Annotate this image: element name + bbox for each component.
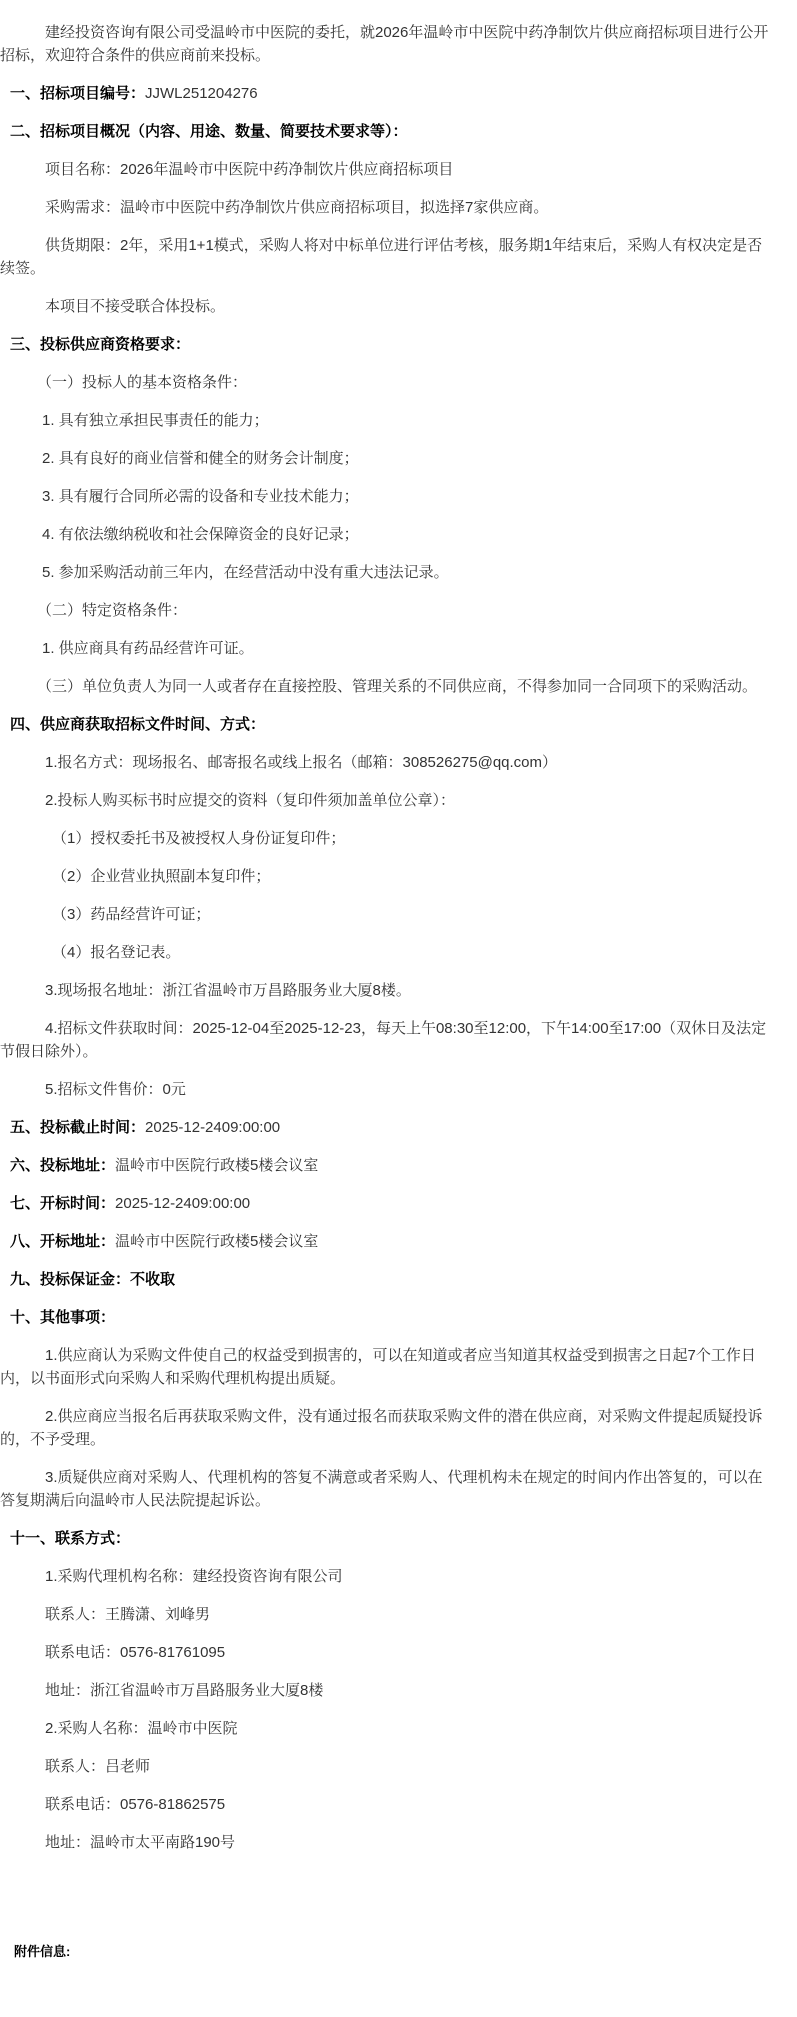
tender-announcement-document: 建经投资咨询有限公司受温岭市中医院的委托，就2026年温岭市中医院中药净制饮片供… [0,0,797,2017]
heading-label: 十一、联系方式： [10,1530,130,1547]
heading-label: 十、其他事项： [10,1309,115,1326]
paragraph-text: 1.报名方式：现场报名、邮寄报名或线上报名（邮箱：308526275@qq.co… [45,754,557,771]
contact-line-agency-phone: 联系电话：0576-81761095 [0,1641,773,1664]
paragraph-text: 地址：温岭市太平南路190号 [45,1834,235,1851]
contact-line-agency-name: 1.采购代理机构名称：建经投资咨询有限公司 [0,1565,773,1588]
sub-heading-basic-conditions: （一）投标人的基本资格条件： [0,371,773,394]
paragraph-text: 2.采购人名称：温岭市中医院 [45,1720,238,1737]
sub-list-item: （3）药品经营许可证； [0,903,773,926]
list-item: 5. 参加采购活动前三年内，在经营活动中没有重大违法记录。 [0,561,773,584]
paragraph-text: 1. 具有独立承担民事责任的能力； [42,412,269,429]
paragraph-text: （1）授权委托书及被授权人身份证复印件； [52,830,345,847]
heading-label: 三、投标供应商资格要求： [10,336,190,353]
heading-label: 九、投标保证金：不收取 [10,1271,175,1288]
list-item-document-price: 5.招标文件售价：0元 [0,1078,773,1101]
paragraph-text: （三）单位负责人为同一人或者存在直接控股、管理关系的不同供应商，不得参加同一合同… [37,678,757,695]
section-heading-opening-time: 七、开标时间：2025-12-2409:00:00 [0,1192,773,1215]
paragraph-text: 1.采购代理机构名称：建经投资咨询有限公司 [45,1568,343,1585]
heading-value: 2025-12-2409:00:00 [145,1119,280,1136]
heading-value: 温岭市中医院行政楼5楼会议室 [115,1233,318,1250]
list-item-obtain-time: 4.招标文件获取时间：2025-12-04至2025-12-23，每天上午08:… [0,1017,773,1063]
contact-line-purchaser-phone: 联系电话：0576-81862575 [0,1793,773,1816]
list-item-lawsuit: 3.质疑供应商对采购人、代理机构的答复不满意或者采购人、代理机构未在规定的时间内… [0,1466,773,1512]
sub-list-item: （1）授权委托书及被授权人身份证复印件； [0,827,773,850]
intro-paragraph: 建经投资咨询有限公司受温岭市中医院的委托，就2026年温岭市中医院中药净制饮片供… [0,21,773,67]
section-heading-document-obtain: 四、供应商获取招标文件时间、方式： [0,713,773,736]
heading-label: 四、供应商获取招标文件时间、方式： [10,716,265,733]
section-heading-bid-deadline: 五、投标截止时间：2025-12-2409:00:00 [0,1116,773,1139]
paragraph-text: （3）药品经营许可证； [52,906,210,923]
paragraph-text: 地址：浙江省温岭市万昌路服务业大厦8楼 [45,1682,323,1699]
contact-line-agency-person: 联系人：王腾潇、刘峰男 [0,1603,773,1626]
list-item-query-rights: 1.供应商认为采购文件使自己的权益受到损害的，可以在知道或者应当知道其权益受到损… [0,1344,773,1390]
heading-value: 温岭市中医院行政楼5楼会议室 [115,1157,318,1174]
heading-label: 六、投标地址： [10,1157,115,1174]
paragraph-text: 1. 供应商具有药品经营许可证。 [42,640,254,657]
heading-label: 七、开标时间： [10,1195,115,1212]
sub-list-item: （2）企业营业执照副本复印件； [0,865,773,888]
sub-heading-specific-conditions: （二）特定资格条件： [0,599,773,622]
paragraph-text: 联系人：吕老师 [45,1758,150,1775]
list-item: 3. 具有履行合同所必需的设备和专业技术能力； [0,485,773,508]
paragraph-text: 5. 参加采购活动前三年内，在经营活动中没有重大违法记录。 [42,564,449,581]
section-heading-project-number: 一、招标项目编号：JJWL251204276 [0,82,773,105]
paragraph-text: （4）报名登记表。 [52,944,180,961]
paragraph-text: 项目名称：2026年温岭市中医院中药净制饮片供应商招标项目 [45,161,453,178]
list-item: 4. 有依法缴纳税收和社会保障资金的良好记录； [0,523,773,546]
section-heading-opening-address: 八、开标地址：温岭市中医院行政楼5楼会议室 [0,1230,773,1253]
paragraph-text: 联系人：王腾潇、刘峰男 [45,1606,210,1623]
paragraph-text: 5.招标文件售价：0元 [45,1081,186,1098]
body-paragraph-project-name: 项目名称：2026年温岭市中医院中药净制饮片供应商招标项目 [0,158,773,181]
attachments-label: 附件信息: [0,1942,773,1962]
paragraph-text: 供货期限：2年，采用1+1模式，采购人将对中标单位进行评估考核，服务期1年结束后… [0,237,762,277]
contact-line-purchaser-address: 地址：温岭市太平南路190号 [0,1831,773,1854]
heading-value: 2025-12-2409:00:00 [115,1195,250,1212]
sub-heading-same-person-rule: （三）单位负责人为同一人或者存在直接控股、管理关系的不同供应商，不得参加同一合同… [0,675,773,698]
body-paragraph-procurement-demand: 采购需求：温岭市中医院中药净制饮片供应商招标项目，拟选择7家供应商。 [0,196,773,219]
paragraph-text: 4.招标文件获取时间：2025-12-04至2025-12-23，每天上午08:… [0,1020,766,1060]
heading-value: JJWL251204276 [145,85,258,102]
list-item-onsite-address: 3.现场报名地址：浙江省温岭市万昌路服务业大厦8楼。 [0,979,773,1002]
paragraph-text: 2.供应商应当报名后再获取采购文件，没有通过报名而获取采购文件的潜在供应商，对采… [0,1408,763,1448]
intro-text: 建经投资咨询有限公司受温岭市中医院的委托，就2026年温岭市中医院中药净制饮片供… [0,24,768,64]
contact-line-purchaser-name: 2.采购人名称：温岭市中医院 [0,1717,773,1740]
paragraph-text: 联系电话：0576-81862575 [45,1796,225,1813]
list-item: 2. 具有良好的商业信誉和健全的财务会计制度； [0,447,773,470]
contact-line-agency-address: 地址：浙江省温岭市万昌路服务业大厦8楼 [0,1679,773,1702]
section-heading-qualification: 三、投标供应商资格要求： [0,333,773,356]
paragraph-text: （二）特定资格条件： [37,602,187,619]
list-item: 1. 供应商具有药品经营许可证。 [0,637,773,660]
attachments-label-text: 附件信息: [14,1944,70,1959]
section-heading-contact: 十一、联系方式： [0,1527,773,1550]
paragraph-text: 联系电话：0576-81761095 [45,1644,225,1661]
heading-label: 五、投标截止时间： [10,1119,145,1136]
list-item: 1. 具有独立承担民事责任的能力； [0,409,773,432]
heading-label: 一、招标项目编号： [10,85,145,102]
list-item-materials-required: 2.投标人购买标书时应提交的资料（复印件须加盖单位公章）： [0,789,773,812]
paragraph-text: 3.质疑供应商对采购人、代理机构的答复不满意或者采购人、代理机构未在规定的时间内… [0,1469,763,1509]
paragraph-text: 2.投标人购买标书时应提交的资料（复印件须加盖单位公章）： [45,792,455,809]
paragraph-text: （一）投标人的基本资格条件： [37,374,247,391]
heading-label: 八、开标地址： [10,1233,115,1250]
paragraph-text: 3. 具有履行合同所必需的设备和专业技术能力； [42,488,359,505]
list-item-registration-first: 2.供应商应当报名后再获取采购文件，没有通过报名而获取采购文件的潜在供应商，对采… [0,1405,773,1451]
paragraph-text: 4. 有依法缴纳税收和社会保障资金的良好记录； [42,526,359,543]
body-paragraph-supply-period: 供货期限：2年，采用1+1模式，采购人将对中标单位进行评估考核，服务期1年结束后… [0,234,773,280]
sub-list-item: （4）报名登记表。 [0,941,773,964]
paragraph-text: 3.现场报名地址：浙江省温岭市万昌路服务业大厦8楼。 [45,982,411,999]
paragraph-text: （2）企业营业执照副本复印件； [52,868,270,885]
section-heading-bid-address: 六、投标地址：温岭市中医院行政楼5楼会议室 [0,1154,773,1177]
section-heading-bid-deposit: 九、投标保证金：不收取 [0,1268,773,1291]
paragraph-text: 2. 具有良好的商业信誉和健全的财务会计制度； [42,450,359,467]
list-item-registration-method: 1.报名方式：现场报名、邮寄报名或线上报名（邮箱：308526275@qq.co… [0,751,773,774]
section-heading-project-overview: 二、招标项目概况（内容、用途、数量、简要技术要求等）： [0,120,773,143]
contact-line-purchaser-person: 联系人：吕老师 [0,1755,773,1778]
paragraph-text: 1.供应商认为采购文件使自己的权益受到损害的，可以在知道或者应当知道其权益受到损… [0,1347,756,1387]
body-paragraph-no-consortium: 本项目不接受联合体投标。 [0,295,773,318]
paragraph-text: 本项目不接受联合体投标。 [45,298,225,315]
section-heading-other-matters: 十、其他事项： [0,1306,773,1329]
heading-label: 二、招标项目概况（内容、用途、数量、简要技术要求等）： [10,123,408,140]
paragraph-text: 采购需求：温岭市中医院中药净制饮片供应商招标项目，拟选择7家供应商。 [45,199,548,216]
